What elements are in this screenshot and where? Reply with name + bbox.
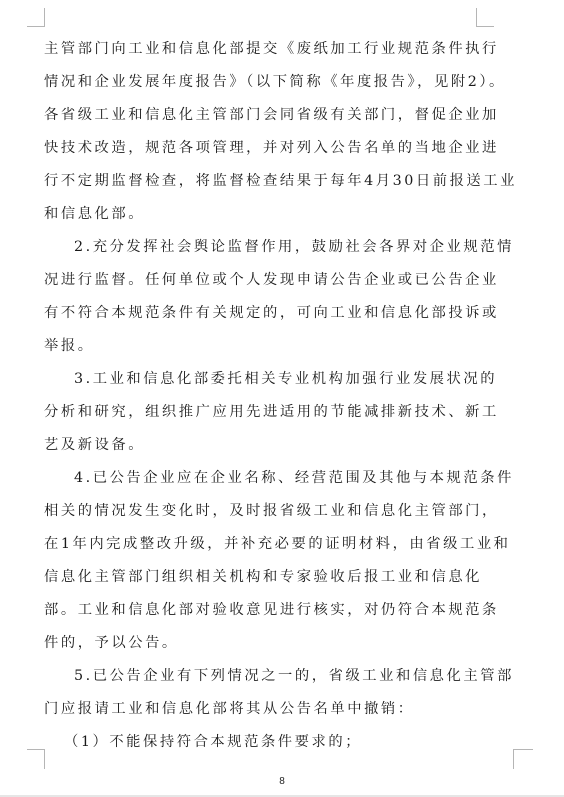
paragraph-continuation: 主管部门向工业和信息化部提交《废纸加工行业规范条件执行 情况和企业发展年度报告》…	[44, 33, 476, 231]
text-line: 5.已公告企业有下列情况之一的，省级工业和信息化主管部	[44, 660, 476, 693]
text-line: 门应报请工业和信息化部将其从公告名单中撤销：	[44, 693, 476, 726]
text-line: 快技术改造，规范各项管理，并对列入公告名单的当地企业进	[44, 132, 476, 165]
crop-mark-bottom-left	[27, 749, 45, 769]
page-number: 8	[0, 776, 564, 787]
text-line: 和信息化部。	[44, 198, 476, 231]
paragraph-subitem-1: （1）不能保持符合本规范条件要求的；	[44, 726, 476, 759]
text-line: 举报。	[44, 330, 476, 363]
text-line: 情况和企业发展年度报告》（以下简称《年度报告》，见附2）。	[44, 66, 476, 99]
paragraph-item-2: 2.充分发挥社会舆论监督作用，鼓励社会各界对企业规范情 况进行监督。任何单位或个…	[44, 231, 476, 363]
text-line: 4.已公告企业应在企业名称、经营范围及其他与本规范条件	[44, 462, 476, 495]
paragraph-item-4: 4.已公告企业应在企业名称、经营范围及其他与本规范条件 相关的情况发生变化时，及…	[44, 462, 476, 660]
text-line: 有不符合本规范条件有关规定的，可向工业和信息化部投诉或	[44, 297, 476, 330]
text-line: 行不定期监督检查，将监督检查结果于每年4月30日前报送工业	[44, 165, 476, 198]
text-line: 主管部门向工业和信息化部提交《废纸加工行业规范条件执行	[44, 33, 476, 66]
text-line: 相关的情况发生变化时，及时报省级工业和信息化主管部门，	[44, 495, 476, 528]
crop-mark-bottom-right	[513, 749, 533, 769]
text-line: 2.充分发挥社会舆论监督作用，鼓励社会各界对企业规范情	[44, 231, 476, 264]
text-line: 况进行监督。任何单位或个人发现申请公告企业或已公告企业	[44, 264, 476, 297]
text-line: 3.工业和信息化部委托相关专业机构加强行业发展状况的	[44, 363, 476, 396]
text-line: 件的，予以公告。	[44, 627, 476, 660]
paragraph-item-3: 3.工业和信息化部委托相关专业机构加强行业发展状况的 分析和研究，组织推广应用先…	[44, 363, 476, 462]
paragraph-item-5: 5.已公告企业有下列情况之一的，省级工业和信息化主管部 门应报请工业和信息化部将…	[44, 660, 476, 726]
crop-mark-top-right	[476, 8, 494, 27]
text-line: 艺及新设备。	[44, 429, 476, 462]
text-line: （1）不能保持符合本规范条件要求的；	[44, 726, 476, 759]
document-body: 主管部门向工业和信息化部提交《废纸加工行业规范条件执行 情况和企业发展年度报告》…	[44, 33, 476, 759]
document-page: 主管部门向工业和信息化部提交《废纸加工行业规范条件执行 情况和企业发展年度报告》…	[0, 0, 564, 795]
text-line: 部。工业和信息化部对验收意见进行核实，对仍符合本规范条	[44, 594, 476, 627]
text-line: 分析和研究，组织推广应用先进适用的节能减排新技术、新工	[44, 396, 476, 429]
text-line: 信息化主管部门组织相关机构和专家验收后报工业和信息化	[44, 561, 476, 594]
text-line: 在1年内完成整改升级，并补充必要的证明材料，由省级工业和	[44, 528, 476, 561]
crop-mark-top-left	[27, 8, 45, 27]
text-line: 各省级工业和信息化主管部门会同省级有关部门，督促企业加	[44, 99, 476, 132]
